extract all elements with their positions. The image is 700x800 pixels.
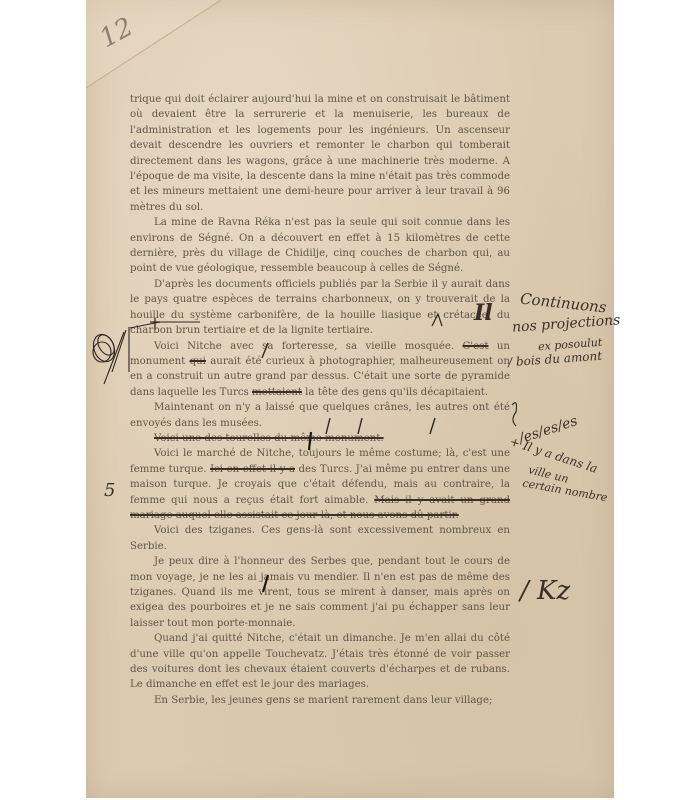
- left-margin-mark: 5: [104, 480, 115, 501]
- text-segment: la tête des gens qu'ils décapitaient.: [302, 387, 488, 398]
- struck-text: Ici en effet il y a: [210, 464, 295, 475]
- paragraph-edited: Voici le marché de Nitche, toujours le m…: [130, 446, 510, 523]
- paragraph: Voici des tziganes. Ces gens-là sont exc…: [130, 523, 510, 554]
- margin-note-kz: / Kz: [520, 576, 570, 606]
- paragraph: La mine de Ravna Réka n'est pas la seule…: [130, 215, 510, 277]
- paragraph: En Serbie, les jeunes gens se marient ra…: [130, 693, 510, 708]
- struck-text: C'est: [463, 341, 489, 352]
- paragraph: Maintenant on n'y a laissé que quelques …: [130, 400, 510, 431]
- paragraph: trique qui doit éclairer aujourd'hui la …: [130, 92, 510, 215]
- struck-text: Voici une des tourelles du même monument…: [154, 433, 384, 444]
- paragraph-edited: Voici Nitche avec sa forteresse, sa viei…: [130, 339, 510, 401]
- paragraph: D'après les documents officiels publiés …: [130, 277, 510, 339]
- paragraph-struck: Voici une des tourelles du même monument…: [130, 431, 510, 446]
- body-text: trique qui doit éclairer aujourd'hui la …: [130, 92, 510, 708]
- text-segment: Voici Nitche avec sa forteresse, sa viei…: [154, 341, 463, 352]
- struck-text: qui: [190, 356, 206, 367]
- insert-mark: Il: [474, 300, 493, 326]
- paragraph: Quand j'ai quitté Nitche, c'était un dim…: [130, 631, 510, 693]
- paragraph: Je peux dire à l'honneur des Serbes que,…: [130, 554, 510, 631]
- struck-text: mettaient: [252, 387, 302, 398]
